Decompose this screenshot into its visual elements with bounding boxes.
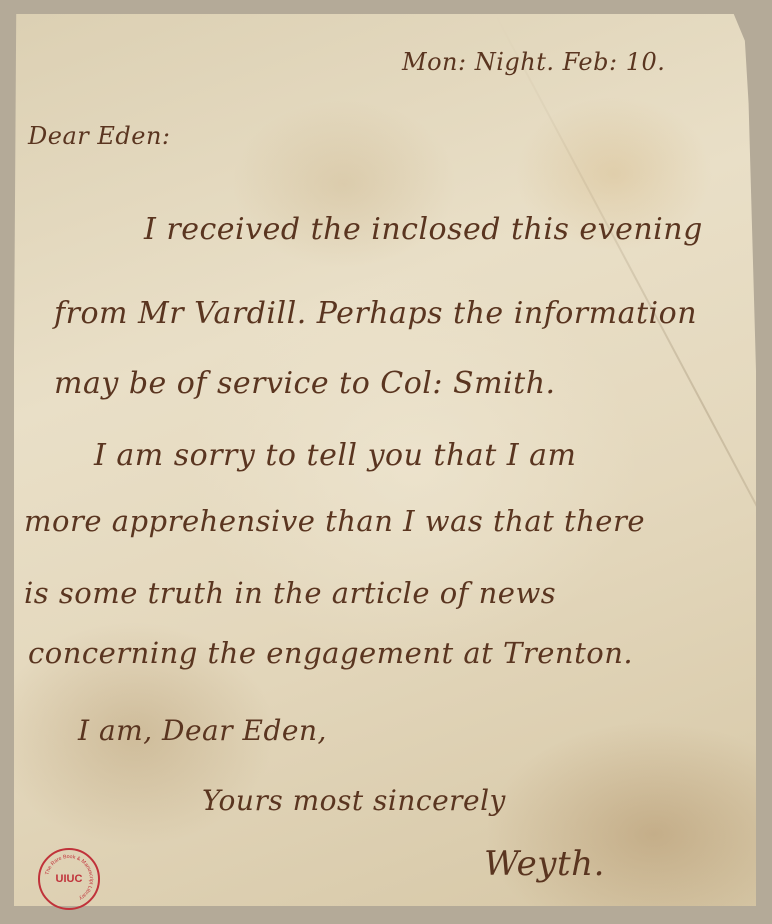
body-line-6: is some truth in the article of news: [24, 576, 556, 610]
body-line-2: from Mr Vardill. Perhaps the information: [54, 296, 697, 331]
letter-page: Mon: Night. Feb: 10. Dear Eden: I receiv…: [14, 14, 756, 906]
body-line-1: I received the inclosed this evening: [144, 212, 703, 247]
paper-fold-crease: [494, 13, 772, 802]
closing-line-2: Yours most sincerely: [202, 784, 506, 817]
body-line-7: concerning the engagement at Trenton.: [28, 636, 633, 670]
body-line-5: more apprehensive than I was that there: [24, 504, 645, 538]
library-stamp: The Rare Book & Manuscript Library UIUC: [38, 848, 100, 910]
svg-text:The Rare Book & Manuscript Lib: The Rare Book & Manuscript Library: [44, 854, 94, 901]
body-line-3: may be of service to Col: Smith.: [54, 366, 556, 401]
salutation: Dear Eden:: [28, 122, 170, 150]
dateline: Mon: Night. Feb: 10.: [402, 48, 665, 76]
stamp-ring-text: The Rare Book & Manuscript Library: [40, 850, 98, 908]
body-line-4: I am sorry to tell you that I am: [94, 438, 577, 473]
closing-line-1: I am, Dear Eden,: [78, 714, 327, 747]
signature: Weyth.: [484, 844, 605, 884]
